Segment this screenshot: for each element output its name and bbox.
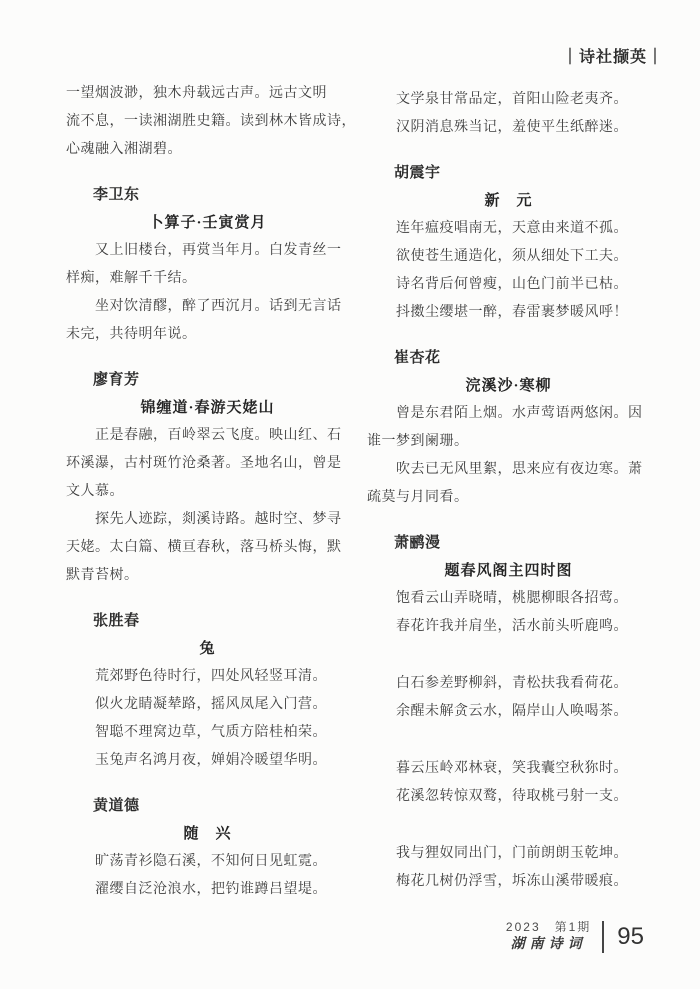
poem-title: 新 元 (367, 187, 650, 215)
paragraph-line: 文人慕。 (66, 478, 349, 506)
verse-line: 智聪不理窝边草，气质方陪桂柏荣。 (66, 719, 349, 747)
verse-line: 汉阴消息殊当记，羞使平生纸醉迷。 (367, 114, 650, 142)
verse-line: 诗名背后何曾瘦，山色门前半已枯。 (367, 271, 650, 299)
two-column-text: 一望烟波渺，独木舟载远古声。远古文明流不息，一读湘湖胜史籍。读到林木皆成诗，心魂… (66, 80, 650, 904)
author-name: 萧鹂漫 (367, 529, 650, 557)
poem-paragraph: 又上旧楼台，再赏当年月。白发青丝一样痴，难解千千结。 (66, 237, 349, 293)
author-name: 廖育芳 (66, 366, 349, 394)
journal-page: ｜诗社撷英｜ 一望烟波渺，独木舟载远古声。远古文明流不息，一读湘湖胜史籍。读到林… (0, 0, 700, 989)
issue-label: 2023 第1期 (506, 920, 591, 935)
poem-title: 卜算子·壬寅赏月 (66, 209, 349, 237)
verse-line: 濯缨自泛沧浪水，把钓谁蹲吕望堤。 (66, 876, 349, 904)
verse-line: 似火龙睛凝辇路，摇风凤尾入门营。 (66, 691, 349, 719)
poem-stanza: 我与狸奴同出门，门前朗朗玉乾坤。梅花几树仍浮雪，坼冻山溪带暖痕。 (367, 840, 650, 896)
paragraph-line: 谁一梦到阑珊。 (367, 428, 650, 456)
paragraph-line: 坐对饮清醪，醉了西沉月。话到无言话 (66, 293, 349, 321)
poem-paragraph: 探先人迹踪，剡溪诗路。越时空、梦寻天姥。太白篇、横亘春秋，落马桥头悔，默默青苔树… (66, 506, 349, 590)
paragraph-line: 心魂融入湘湖碧。 (66, 136, 349, 164)
verse-line: 花溪忽转惊双鹜，待取桃弓射一支。 (367, 783, 650, 811)
verse-line: 文学泉甘常品定，首阳山险老夷齐。 (367, 86, 650, 114)
poem-paragraph: 曾是东君陌上烟。水声莺语两悠闲。因谁一梦到阑珊。 (367, 400, 650, 456)
verse-line: 欲使苍生通造化，须从细处下工夫。 (367, 243, 650, 271)
paragraph-line: 探先人迹踪，剡溪诗路。越时空、梦寻 (66, 506, 349, 534)
poem-paragraph: 吹去已无风里絮，思来应有夜边寒。萧疏莫与月同看。 (367, 456, 650, 512)
poem-stanza: 文学泉甘常品定，首阳山险老夷齐。汉阴消息殊当记，羞使平生纸醉迷。 (367, 86, 650, 142)
poem-paragraph: 正是春融，百岭翠云飞度。映山红、石环溪瀑，古村斑竹沧桑著。圣地名山，曾是文人慕。 (66, 422, 349, 506)
page-number: 95 (617, 923, 644, 951)
paragraph-line: 一望烟波渺，独木舟载远古声。远古文明 (66, 80, 349, 108)
paragraph-line: 正是春融，百岭翠云飞度。映山红、石 (66, 422, 349, 450)
paragraph-line: 又上旧楼台，再赏当年月。白发青丝一 (66, 237, 349, 265)
paragraph-line: 疏莫与月同看。 (367, 484, 650, 512)
verse-line: 抖擞尘缨堪一醉，春雷裹梦暖风呼！ (367, 299, 650, 327)
paragraph-line: 流不息，一读湘湖胜史籍。读到林木皆成诗， (66, 108, 349, 136)
verse-line: 春花许我并肩坐，活水前头听鹿鸣。 (367, 613, 650, 641)
poem-title: 锦缠道·春游天姥山 (66, 394, 349, 422)
column-right: 文学泉甘常品定，首阳山险老夷齐。汉阴消息殊当记，羞使平生纸醉迷。胡震宇新 元连年… (367, 86, 650, 904)
verse-line: 白石参差野柳斜，青松扶我看荷花。 (367, 670, 650, 698)
paragraph-line: 样痴，难解千千结。 (66, 265, 349, 293)
poem-stanza: 饱看云山弄晓晴，桃腮柳眼各招莺。春花许我并肩坐，活水前头听鹿鸣。 (367, 585, 650, 641)
paragraph-line: 环溪瀑，古村斑竹沧桑著。圣地名山，曾是 (66, 450, 349, 478)
poem-title: 题春风阁主四时图 (367, 557, 650, 585)
paragraph-line: 曾是东君陌上烟。水声莺语两悠闲。因 (367, 400, 650, 428)
footer-divider (602, 921, 604, 953)
verse-line: 荒郊野色待时行，四处风轻竖耳清。 (66, 663, 349, 691)
poem-stanza: 旷荡青衫隐石溪，不知何日见虹霓。濯缨自泛沧浪水，把钓谁蹲吕望堤。 (66, 848, 349, 904)
author-name: 李卫东 (66, 181, 349, 209)
author-name: 黄道德 (66, 792, 349, 820)
poem-title: 随 兴 (66, 820, 349, 848)
verse-line: 梅花几树仍浮雪，坼冻山溪带暖痕。 (367, 868, 650, 896)
paragraph-line: 未完，共待明年说。 (66, 321, 349, 349)
verse-line: 暮云压岭邓林衰，笑我囊空秋狝时。 (367, 755, 650, 783)
verse-line: 余醒未解贪云水，隔岸山人唤喝茶。 (367, 698, 650, 726)
poem-title: 浣溪沙·寒柳 (367, 372, 650, 400)
poem-title: 兔 (66, 635, 349, 663)
poem-stanza: 白石参差野柳斜，青松扶我看荷花。余醒未解贪云水，隔岸山人唤喝茶。 (367, 670, 650, 726)
verse-line: 旷荡青衫隐石溪，不知何日见虹霓。 (66, 848, 349, 876)
poem-stanza: 暮云压岭邓林衰，笑我囊空秋狝时。花溪忽转惊双鹜，待取桃弓射一支。 (367, 755, 650, 811)
poem-stanza: 荒郊野色待时行，四处风轻竖耳清。似火龙睛凝辇路，摇风凤尾入门营。智聪不理窝边草，… (66, 663, 349, 775)
section-header-label: ｜诗社撷英｜ (562, 44, 664, 67)
footer-issue-block: 2023 第1期 湖南诗词 (506, 920, 591, 953)
author-name: 张胜春 (66, 607, 349, 635)
verse-line: 玉兔声名鸿月夜，婵娟冷暖望华明。 (66, 747, 349, 775)
paragraph-line: 吹去已无风里絮，思来应有夜边寒。萧 (367, 456, 650, 484)
paragraph-line: 天姥。太白篇、横亘春秋，落马桥头悔，默 (66, 534, 349, 562)
journal-name: 湖南诗词 (506, 935, 591, 953)
page-footer: 2023 第1期 湖南诗词 95 (506, 920, 644, 953)
column-left: 一望烟波渺，独木舟载远古声。远古文明流不息，一读湘湖胜史籍。读到林木皆成诗，心魂… (66, 80, 349, 904)
verse-line: 我与狸奴同出门，门前朗朗玉乾坤。 (367, 840, 650, 868)
verse-line: 饱看云山弄晓晴，桃腮柳眼各招莺。 (367, 585, 650, 613)
poem-stanza: 连年瘟疫唱南无，天意由来道不孤。欲使苍生通造化，须从细处下工夫。诗名背后何曾瘦，… (367, 215, 650, 327)
author-name: 崔杏花 (367, 344, 650, 372)
poem-paragraph: 一望烟波渺，独木舟载远古声。远古文明流不息，一读湘湖胜史籍。读到林木皆成诗，心魂… (66, 80, 349, 164)
paragraph-line: 默青苔树。 (66, 562, 349, 590)
poem-paragraph: 坐对饮清醪，醉了西沉月。话到无言话未完，共待明年说。 (66, 293, 349, 349)
verse-line: 连年瘟疫唱南无，天意由来道不孤。 (367, 215, 650, 243)
author-name: 胡震宇 (367, 159, 650, 187)
